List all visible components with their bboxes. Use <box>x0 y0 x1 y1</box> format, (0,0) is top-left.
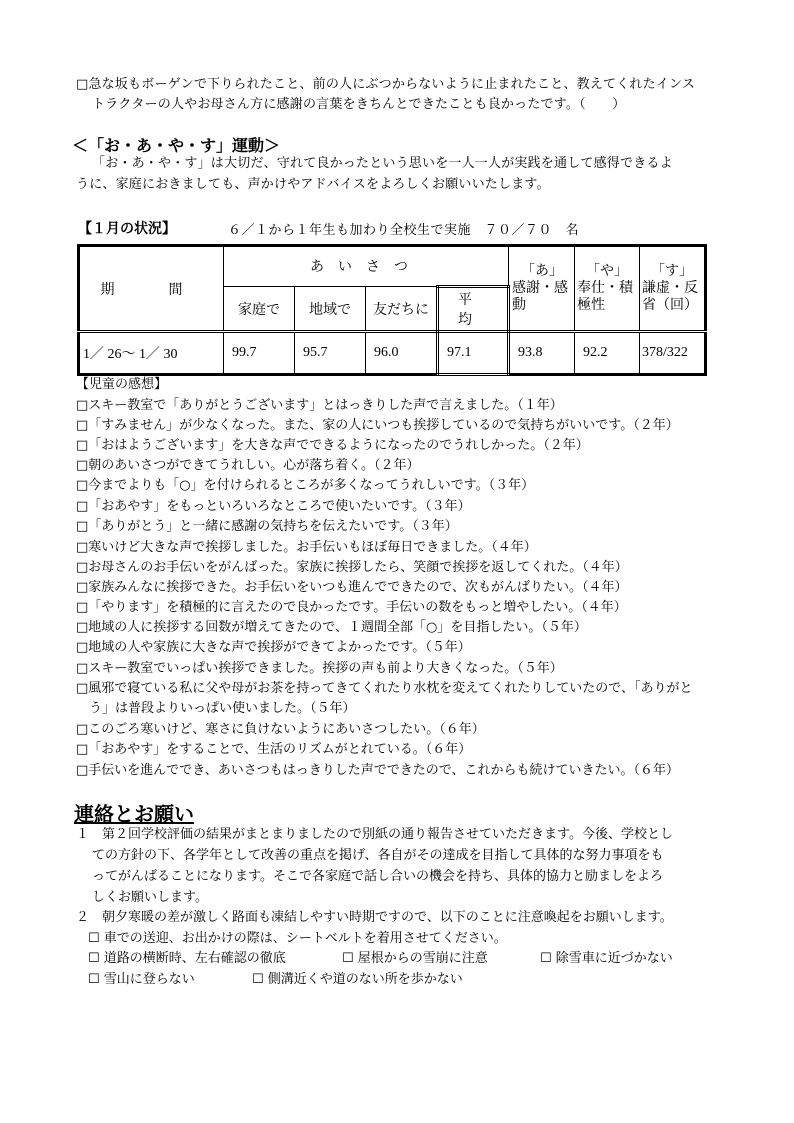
katei-header: 家庭で <box>224 287 295 332</box>
comment-item: □このごろ寒いけど、寒さに負けないようにあいさつしたい。（６年） <box>76 720 485 740</box>
su-header-top: 「す」 <box>642 263 702 280</box>
intro-line-1: □急な坂もボーゲンで下りられたこと、前の人にぶつからないように止まれたこと、教え… <box>76 75 695 95</box>
su-header: 「す」 謙虚・反省（回） <box>640 246 706 332</box>
contact-item-1-line-2: ての方針の下、各学年として改善の重点を掲げ、各自がその達成を目指して具体的な努力… <box>92 846 663 866</box>
comment-item: □地域の人や家族に大きな声で挨拶ができてよかったです。（５年） <box>76 638 471 658</box>
newsletter-page: □急な坂もボーゲンで下りられたこと、前の人にぶつからないように止まれたこと、教え… <box>0 0 794 1123</box>
a-cell: 93.8 <box>509 332 575 375</box>
status-title: 【１月の状況】 <box>78 218 176 238</box>
aisatsu-header: あいさつ <box>224 246 509 287</box>
a-header-top: 「あ」 <box>512 263 572 280</box>
comment-item: □風邪で寝ている私に父や母がお茶を持ってきてくれたり水枕を変えてくれたりしていた… <box>76 679 693 699</box>
comment-item: □スキー教室で「ありがとうございます」とはっきりした声で言えました。（１年） <box>76 396 563 416</box>
su-cell: 378/322 <box>640 332 706 375</box>
comment-item: □手伝いを進んででき、あいさつもはっきりした声でできたので、これからも続けていき… <box>76 761 679 781</box>
check-crossing: ☐ 道路の横断時、左右確認の徹底 <box>88 949 286 969</box>
contact-item-1-line-4: しくお願いします。 <box>92 888 208 908</box>
comment-item: □朝のあいさつができてうれしい。心が落ち着く。（２年） <box>76 456 420 476</box>
intro-line-2: トラクターの人やお母さん方に感謝の言葉をきちんとできたことも良かったです。（ ） <box>92 95 625 115</box>
tomodachi-header: 友だちに <box>366 287 438 332</box>
period-cell: 1／ 26～ 1／ 30 <box>79 332 224 375</box>
status-note: ６／１から１年生も加わり全校生で実施 ７０／７０ 名 <box>228 219 579 238</box>
tomodachi-cell: 96.0 <box>366 332 438 375</box>
comment-item: □「おあやす」をもっといろいろなところで使いたいです。（３年） <box>76 497 471 517</box>
check-gutter: ☐ 側溝近くや道のない所を歩かない <box>252 970 463 990</box>
comment-item: □今までよりも「○」を付けられるところが多くなってうれしいです。（３年） <box>76 476 534 496</box>
a-header-bottom: 感謝・感動 <box>512 280 568 313</box>
check-snowplow: ☐ 除雪車に近づかない <box>540 949 673 969</box>
contact-item-1-line-1: １ 第２回学校評価の結果がまとまりましたので別紙の通り報告させていただきます。今… <box>76 825 673 845</box>
ya-cell: 92.2 <box>575 332 640 375</box>
check-roof-snow: ☐ 屋根からの雪崩に注意 <box>342 949 488 969</box>
period-header: 期 間 <box>79 246 224 332</box>
a-header: 「あ」 感謝・感動 <box>509 246 575 332</box>
oayasu-heading: ＜「お・あ・や・す」運動＞ <box>72 133 280 156</box>
table-row: 1／ 26～ 1／ 30 99.7 95.7 96.0 97.1 93.8 92… <box>79 332 706 375</box>
ya-header: 「や」 奉仕・積極性 <box>575 246 640 332</box>
contact-title: 連絡とお願い <box>74 798 194 827</box>
status-table: 期 間 あいさつ 「あ」 感謝・感動 「や」 奉仕・積極性 「す」 謙虚・反省（… <box>77 244 707 376</box>
su-header-bottom: 謙虚・反省（回） <box>642 280 698 313</box>
chiiki-header: 地域で <box>295 287 366 332</box>
comment-item: □「ありがとう」と一緒に感謝の気持ちを伝えたいです。（３年） <box>76 517 458 537</box>
average-cell: 97.1 <box>438 332 509 375</box>
chiiki-cell: 95.7 <box>295 332 366 375</box>
oayasu-paragraph-line-1: 「お・あ・や・す」は大切だ、守れて良かったという思いを一人一人が実践を通して感得… <box>92 154 673 174</box>
comment-item: □スキー教室でいっぱい挨拶できました。挨拶の声も前より大きくなった。（５年） <box>76 659 563 679</box>
contact-item-2: ２ 朝夕寒暖の差が激しく路面も凍結しやすい時期ですので、以下のことに注意喚起をお… <box>76 908 673 928</box>
comments-title: 【児童の感想】 <box>76 375 167 395</box>
katei-cell: 99.7 <box>224 332 295 375</box>
average-header: 平 均 <box>438 287 509 332</box>
comment-item: □「おあやす」をすることで、生活のリズムがとれている。（６年） <box>76 740 471 760</box>
contact-item-1-line-3: ってがんばることになります。そこで各家庭で話し合いの機会を持ち、具体的協力と励ま… <box>92 867 663 887</box>
comment-item: □「おはようございます」を大きな声でできるようになったのでうれしかった。（２年） <box>76 436 589 456</box>
comment-item: □「すみません」が少なくなった。また、家の人にいつも挨拶しているので気持ちがいい… <box>76 416 679 436</box>
check-seatbelt: ☐ 車での送迎、お出かけの際は、シートベルトを着用させてください。 <box>88 929 507 949</box>
check-snow-mountain: ☐ 雪山に登らない <box>88 970 195 990</box>
ya-header-bottom: 奉仕・積極性 <box>577 280 633 313</box>
comment-item: □「やります」を積極的に言えたので良かったです。手伝いの数をもっと増やしたい。（… <box>76 598 627 618</box>
oayasu-paragraph-line-2: うに、家庭におきましても、声かけやアドバイスをよろしくお願いいたします。 <box>76 175 550 195</box>
comment-item: □家族みんなに挨拶できた。お手伝いをいつも進んでできたので、次もがんばりたい。（… <box>76 578 628 598</box>
comment-item: □寒いけど大きな声で挨拶しました。お手伝いもほぼ毎日できました。（４年） <box>76 538 537 558</box>
comment-item: □お母さんのお手伝いをがんばった。家族に挨拶したら、笑顔で挨拶を返してくれた。（… <box>76 558 628 578</box>
comment-item: □地域の人に挨拶する回数が増えてきたので、１週間全部「○」を目指したい。（５年） <box>76 618 587 638</box>
comment-item: う」は普段よりいっぱい使いました。（５年） <box>76 699 356 719</box>
ya-header-top: 「や」 <box>577 263 637 280</box>
